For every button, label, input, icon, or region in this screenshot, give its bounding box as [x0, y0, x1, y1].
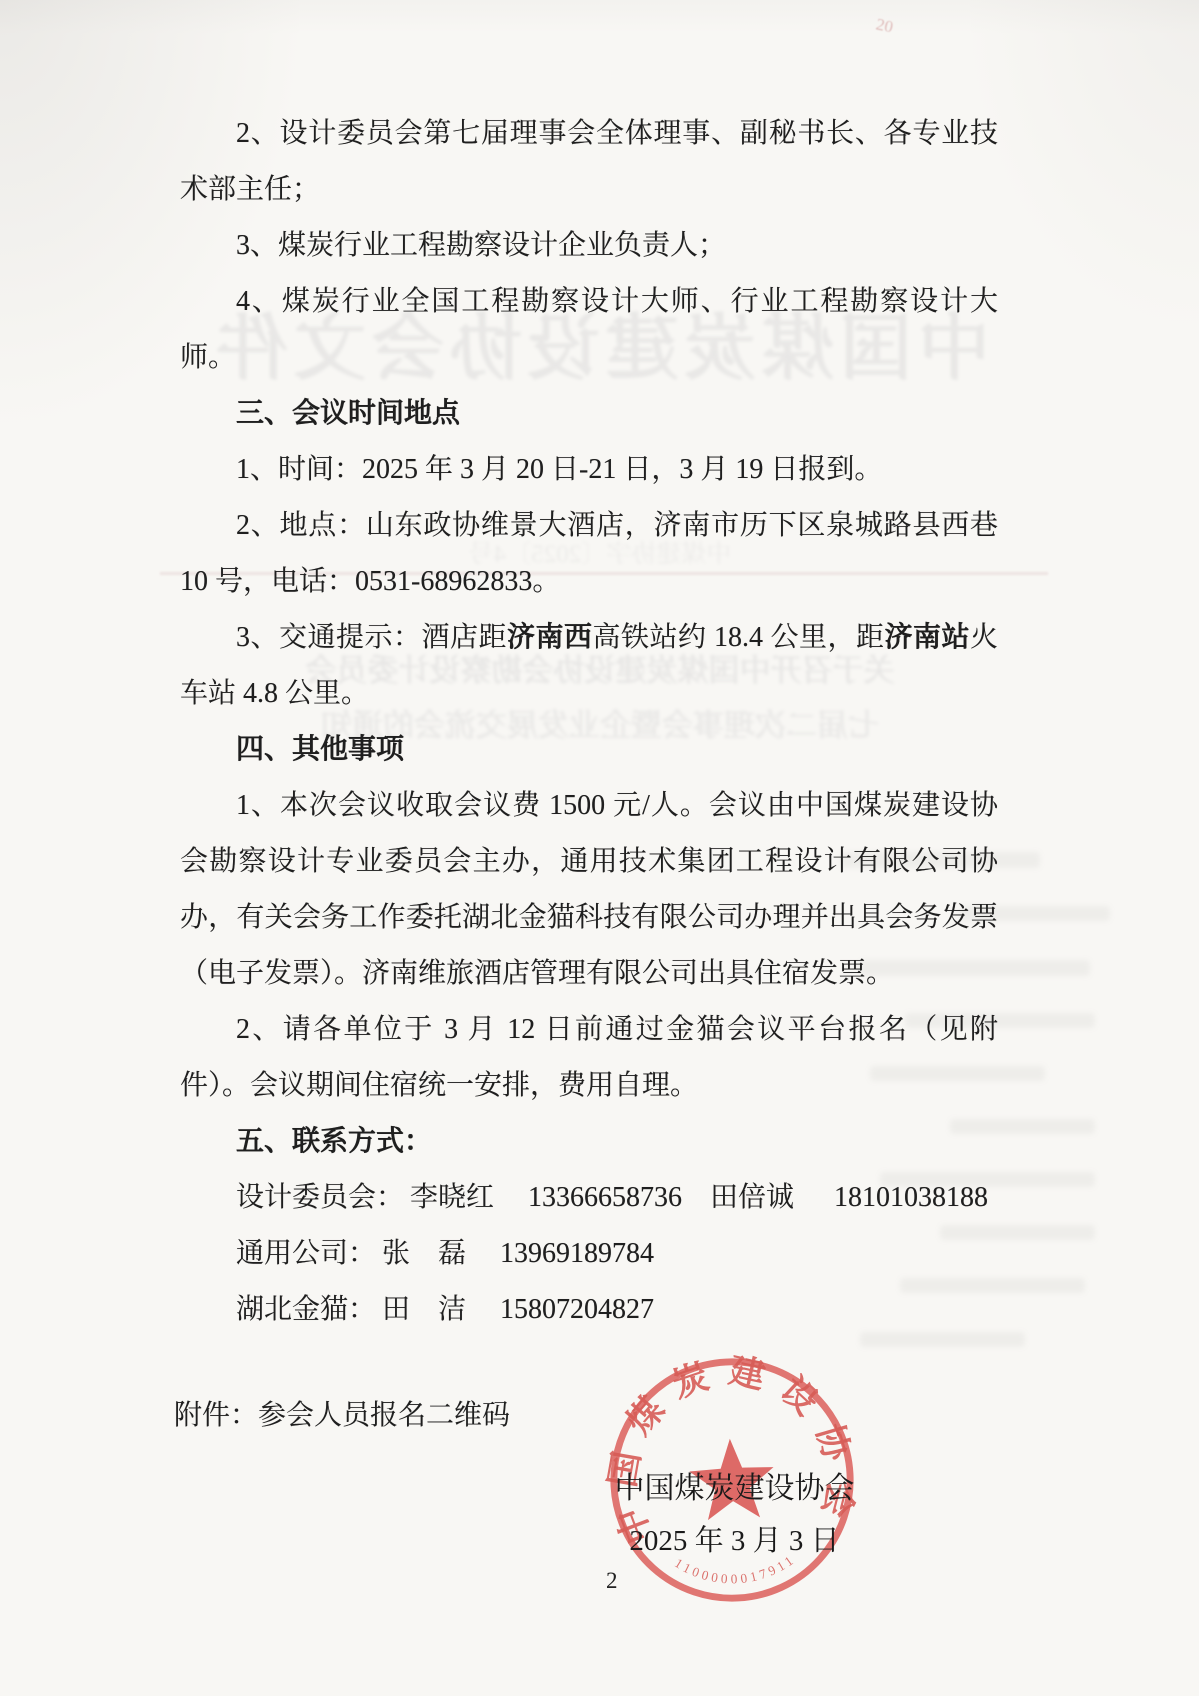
section4-heading: 四、其他事项	[180, 722, 998, 778]
fee-item: 1、本次会议收取会议费 1500 元/人。会议由中国煤炭建设协会勘察设计专业委员…	[180, 778, 998, 1002]
transport-seg: 高铁站约 18.4 公里，距	[592, 622, 884, 653]
bleedthrough-corner-mark: 20	[874, 14, 895, 37]
document-body: 2、设计委员会第七届理事会全体理事、副秘书长、各专业技术部主任； 3、煤炭行业工…	[180, 106, 998, 1444]
contact-phone: 13969189784	[500, 1238, 654, 1269]
contact-label: 通用公司：	[236, 1238, 376, 1269]
list-item-attendees-2: 2、设计委员会第七届理事会全体理事、副秘书长、各专业技术部主任；	[180, 106, 998, 218]
contact-name: 李晓红	[410, 1182, 494, 1213]
contact-label: 湖北金猫：	[236, 1294, 376, 1325]
contact-phone: 15807204827	[500, 1294, 654, 1325]
meeting-place-item: 2、地点：山东政协维景大酒店，济南市历下区泉城路县西巷 10 号，电话：0531…	[180, 498, 998, 610]
station-name-main: 济南站	[884, 622, 970, 653]
transport-note-item: 3、交通提示：酒店距济南西高铁站约 18.4 公里，距济南站火车站 4.8 公里…	[180, 610, 998, 722]
contact-name: 田倍诚	[710, 1182, 794, 1213]
section3-heading: 三、会议时间地点	[180, 386, 998, 442]
list-item-attendees-3: 3、煤炭行业工程勘察设计企业负责人；	[180, 218, 998, 274]
contact-name: 张 磊	[382, 1238, 466, 1269]
page-number: 2	[606, 1568, 618, 1594]
transport-seg: 3、交通提示：酒店距	[236, 622, 507, 653]
contact-row: 湖北金猫：田 洁15807204827	[180, 1282, 998, 1338]
scanned-document-page: 中国煤炭建设协会文件 中煤建协字〔2025〕4号 关于召开中国煤炭建设协会勘察设…	[0, 0, 1199, 1696]
signature-org: 中国煤炭建设协会	[582, 1463, 887, 1507]
contact-row: 通用公司：张 磊13969189784	[180, 1226, 998, 1282]
registration-item: 2、请各单位于 3 月 12 日前通过金猫会议平台报名（见附件）。会议期间住宿统…	[180, 1002, 998, 1114]
contact-phone: 18101038188	[834, 1182, 988, 1213]
station-name-west: 济南西	[507, 622, 593, 653]
contact-label: 设计委员会：	[236, 1182, 404, 1213]
contact-phone: 13366658736	[528, 1182, 682, 1213]
contact-row: 设计委员会：李晓红13366658736田倍诚18101038188	[180, 1170, 998, 1226]
signature-date: 2025 年 3 月 3 日	[582, 1518, 887, 1559]
attachment-note: 附件：参会人员报名二维码	[174, 1388, 998, 1444]
contact-name: 田 洁	[382, 1294, 466, 1325]
section5-heading: 五、联系方式：	[180, 1114, 998, 1170]
meeting-time-item: 1、时间：2025 年 3 月 20 日-21 日，3 月 19 日报到。	[180, 442, 998, 498]
list-item-attendees-4: 4、煤炭行业全国工程勘察设计大师、行业工程勘察设计大师。	[180, 274, 998, 386]
